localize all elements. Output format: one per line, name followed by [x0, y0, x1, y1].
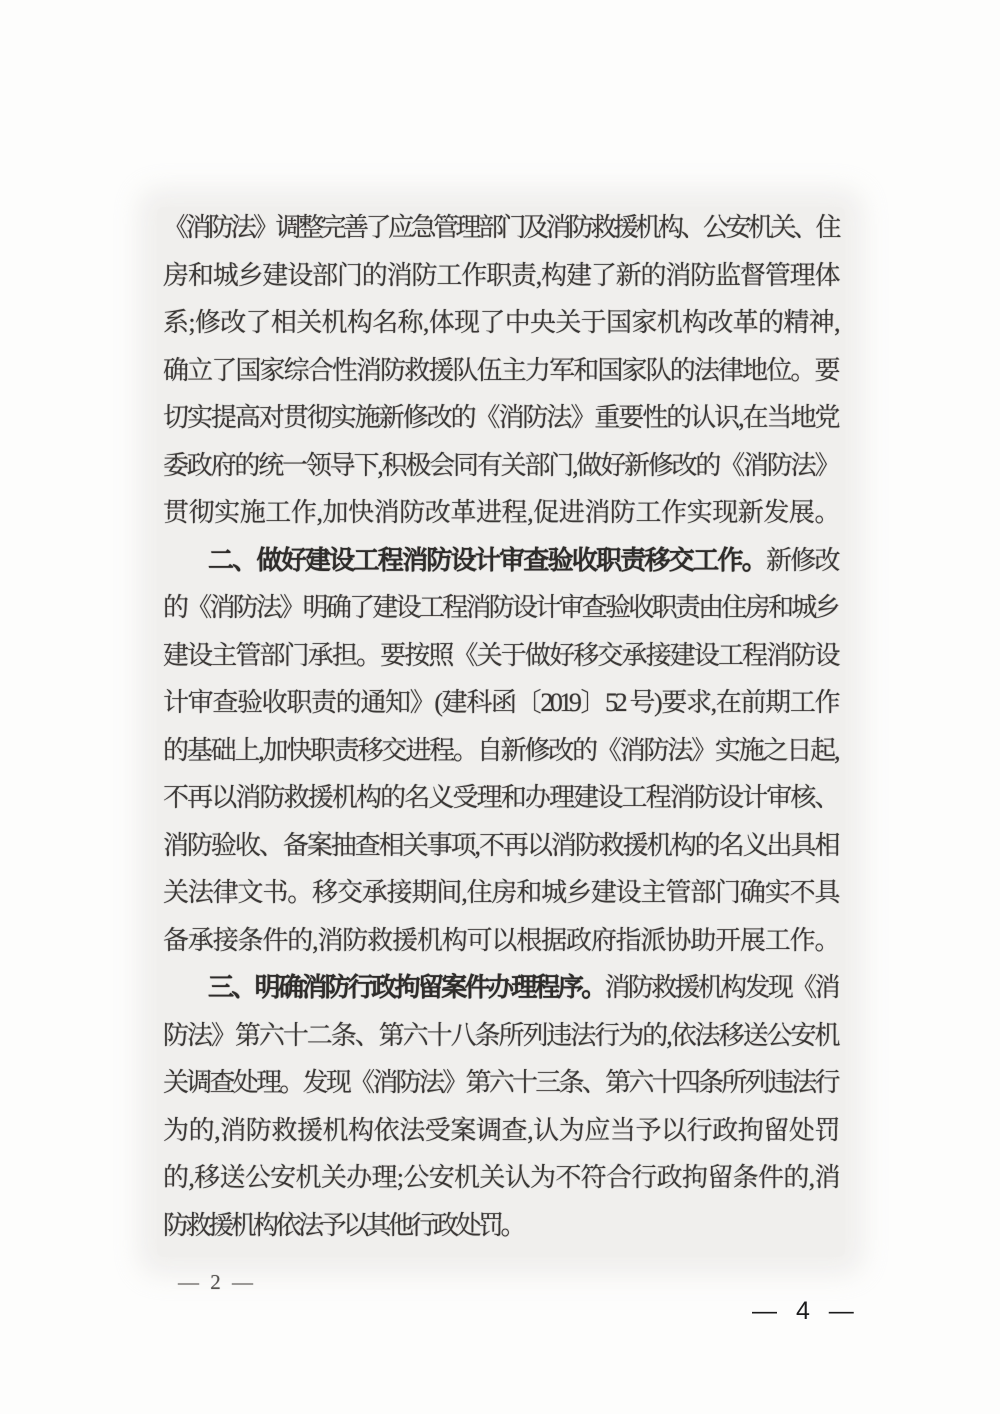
scanned-page-number: — 2 — — [178, 1266, 256, 1298]
paragraph-3-heading-line: 三、明确消防行政拘留案件办理程序。消防救援机构发现《消 — [163, 964, 837, 1012]
document-line: 不再以消防救援机构的名义受理和办理建设工程消防设计审核、 — [163, 774, 837, 822]
document-page-number: — 4 — — [752, 1294, 860, 1328]
paragraph-2-heading: 二、做好建设工程消防设计审查验收职责移交工作。 — [208, 545, 766, 575]
document-line: 《消防法》调整完善了应急管理部门及消防救援机构、公安机关、住 — [163, 204, 837, 252]
paragraph-3-heading: 三、明确消防行政拘留案件办理程序。 — [208, 972, 605, 1002]
document-line: 的《消防法》明确了建设工程消防设计审查验收职责由住房和城乡 — [163, 584, 837, 632]
document-line: 系;修改了相关机构名称,体现了中央关于国家机构改革的精神, — [163, 299, 837, 347]
document-line: 计审查验收职责的通知》(建科函〔2019〕52 号)要求,在前期工作 — [163, 679, 837, 727]
document-line: 防救援机构依法予以其他行政处罚。 — [163, 1202, 837, 1250]
document-line: 防法》第六十二条、第六十八条所列违法行为的,依法移送公安机 — [163, 1012, 837, 1060]
document-line: 的基础上,加快职责移交进程。自新修改的《消防法》实施之日起, — [163, 727, 837, 775]
document-line: 关调查处理。发现《消防法》第六十三条、第六十四条所列违法行 — [163, 1059, 837, 1107]
document-line: 房和城乡建设部门的消防工作职责,构建了新的消防监督管理体 — [163, 252, 837, 300]
paragraph-2-heading-tail: 新修改 — [766, 546, 837, 575]
paragraph-3-heading-tail: 消防救援机构发现《消 — [605, 973, 837, 1002]
document-line: 关法律文书。移交承接期间,住房和城乡建设主管部门确实不具 — [163, 869, 837, 917]
document-line: 消防验收、备案抽查相关事项,不再以消防救援机构的名义出具相 — [163, 822, 837, 870]
document-body: 《消防法》调整完善了应急管理部门及消防救援机构、公安机关、住 房和城乡建设部门的… — [163, 204, 837, 1249]
scanned-document-page: 《消防法》调整完善了应急管理部门及消防救援机构、公安机关、住 房和城乡建设部门的… — [0, 0, 1000, 1414]
document-line: 为的,消防救援机构依法受案调查,认为应当予以行政拘留处罚 — [163, 1107, 837, 1155]
document-line: 的,移送公安机关办理;公安机关认为不符合行政拘留条件的,消 — [163, 1154, 837, 1202]
document-line: 确立了国家综合性消防救援队伍主力军和国家队的法律地位。要 — [163, 347, 837, 395]
document-line: 备承接条件的,消防救援机构可以根据政府指派协助开展工作。 — [163, 917, 837, 965]
paragraph-2-heading-line: 二、做好建设工程消防设计审查验收职责移交工作。新修改 — [163, 537, 837, 585]
document-line: 切实提高对贯彻实施新修改的《消防法》重要性的认识,在当地党 — [163, 394, 837, 442]
document-line: 建设主管部门承担。要按照《关于做好移交承接建设工程消防设 — [163, 632, 837, 680]
document-line: 委政府的统一领导下,积极会同有关部门,做好新修改的《消防法》 — [163, 442, 837, 490]
document-line: 贯彻实施工作,加快消防改革进程,促进消防工作实现新发展。 — [163, 489, 837, 537]
